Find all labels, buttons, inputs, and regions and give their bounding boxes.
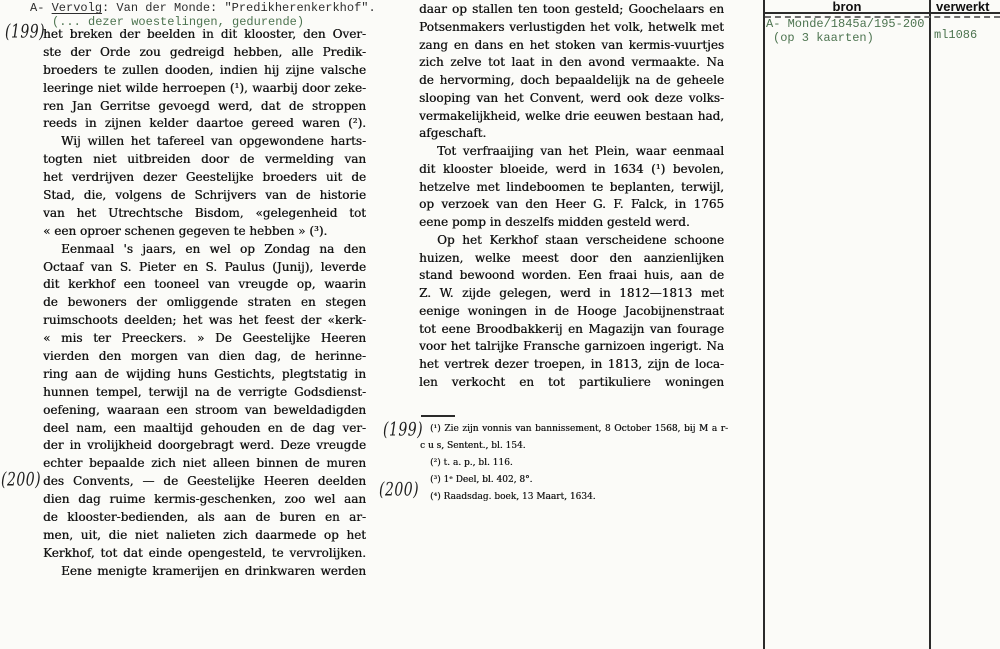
text-line: ruimschoots deelden; het was het feest d… [43,312,366,330]
text-line: oefening, waaraan een stroom van bewelda… [43,402,366,420]
text-line: des Convents, — de Geestelijke Heeren de… [43,473,366,491]
text-line: vermakelijkheid, welke drie eeuwen besta… [419,108,724,126]
text-line: huizen, welke meest door den aanzienlijk… [419,250,724,268]
text-line: c u s, Sentent., bl. 154. [420,438,728,455]
typed-header-prefix: A- [30,1,52,15]
footnotes-block: (¹) Zie zijn vonnis van bannissement, 8 … [420,421,728,506]
text-line: (²) t. a. p., bl. 116. [420,455,728,472]
text-line: de hervorming, doch bepaaldelijk na de g… [419,72,724,90]
typed-header-line: A- Vervolg: Van der Monde: "Predikherenk… [30,1,376,15]
margin-page-number-199-right: (199) [383,420,423,441]
text-line: (⁴) Raadsdag. boek, 13 Maart, 1634. [420,489,728,506]
text-line: deel nam, een maaltijd gehouden en de da… [43,420,366,438]
left-text-column: het breken der beelden in dit klooster, … [43,26,366,581]
text-line: Eenmaal 's jaars, en wel op Zondag na de… [43,241,366,259]
scanned-page: A- Vervolg: Van der Monde: "Predikherenk… [0,0,1000,649]
text-line: de bewoners der omliggende straten en st… [43,294,366,312]
text-line: men, uit, die niet nalieten zich daarmed… [43,527,366,545]
text-line: het vertrek dezer troepen, in 1813, zijn… [419,356,724,374]
typed-header-underlined-word: Vervolg [52,1,102,15]
text-line: broeders te zullen dooden, indien hij zi… [43,62,366,80]
text-line: « een oproer schenen gegeven te hebben »… [43,223,366,241]
text-line: Tot verfraaijing van het Plein, waar een… [419,143,724,161]
text-line: dien dag ruime kermis-geschenken, zoo we… [43,491,366,509]
text-line: dit kerkhof een tooneel van vreugde op, … [43,276,366,294]
margin-page-number-200-right: (200) [379,480,419,501]
text-line: eene pomp in deszelfs midden gesteld wer… [419,214,724,232]
bron-cell: A- Monde/1845a/195-200 (op 3 kaarten) [766,17,924,45]
text-line: hetzelve met lindeboomen te beplanten, t… [419,179,724,197]
table-column-divider [929,0,931,649]
text-line: het breken der beelden in dit klooster, … [43,26,366,44]
text-line: eenige woningen in de Hooge Jacobijnenst… [419,303,724,321]
text-line: zang en dans en het stoken van kermis-vu… [419,37,724,55]
text-line: ren Jan Gerritse gevoegd werd, dat de st… [43,98,366,116]
text-line: togten niet uitbreiden door de vermeldin… [43,151,366,169]
table-left-border [763,0,765,649]
text-line: Octaaf van S. Pieter en S. Paulus (Junij… [43,259,366,277]
table-header-verwerkt: verwerkt [936,0,989,14]
text-line: dit klooster bloeide, werd in 1634 (¹) b… [419,161,724,179]
text-line: ste der Orde zou gedreigd hebben, alle P… [43,44,366,62]
text-line: len verkocht en tot partikuliere woninge… [419,374,724,392]
text-line: Kerkhof, tot dat einde opengesteld, te v… [43,545,366,563]
text-line: Wij willen het tafereel van opgewondene … [43,133,366,151]
text-line: het verdrijven dezer Geestelijke broeder… [43,169,366,187]
text-line: Potsenmakers verlustigden het volk, hetw… [419,19,724,37]
typed-header-rest: : Van der Monde: "Predikherenkerkhof". [102,1,376,15]
text-line: hunnen tempel, terwijl na de verrigte Go… [43,384,366,402]
text-line: afgeschaft. [419,125,724,143]
footnote-separator-rule [421,415,455,417]
text-line: de klooster-bedienden, als aan de buren … [43,509,366,527]
text-line: stand bewoond worden. Een fraai huis, aa… [419,267,724,285]
text-line: Op het Kerkhof staan verscheidene schoon… [419,232,724,250]
bron-cell-line2: (op 3 kaarten) [766,31,924,45]
text-line: der in vrolijkheid doorgebragt werd. Dez… [43,437,366,455]
text-line: zich zelve tot laat in den avond vermaak… [419,54,724,72]
text-line: echter bepaalde zich niet alleen binnen … [43,455,366,473]
text-line: Eene menigte kramerijen en drinkwaren we… [43,563,366,581]
right-text-column: daar op stallen ten toon gesteld; Gooche… [419,1,724,392]
text-line: tot eene Broodbakkerij en Magazijn van f… [419,321,724,339]
verwerkt-cell: ml1086 [934,28,977,42]
text-line: leeringe niet wilde herroepen (¹), waarb… [43,80,366,98]
margin-page-number-200-left: (200) [1,470,41,491]
text-line: Stad, die, volgens de Schrijvers van de … [43,187,366,205]
text-line: (³) 1ᵉ Deel, bl. 402, 8°. [420,472,728,489]
text-line: ring aan de wijding huns Gestichts, pleg… [43,366,366,384]
text-line: van het Utrechtsche Bisdom, «gelegenheid… [43,205,366,223]
text-line: (¹) Zie zijn vonnis van bannissement, 8 … [420,421,728,438]
text-line: reeds in zijnen kelder daartoe gereed wa… [43,115,366,133]
margin-page-number-199-left: (199) [5,22,45,43]
text-line: « mis ter Preeckers. » De Geestelijke He… [43,330,366,348]
text-line: vierden den morgen van dien dag, de heri… [43,348,366,366]
text-line: daar op stallen ten toon gesteld; Gooche… [419,1,724,19]
table-header-bron: bron [765,0,929,14]
text-line: slooping van het Convent, werd ook deze … [419,90,724,108]
text-line: Z. W. zijde gelegen, werd in 1812—1813 m… [419,285,724,303]
text-line: op verzoek van den Heer G. F. Falck, in … [419,196,724,214]
text-line: voor het talrijke Fransche garnizoen ing… [419,338,724,356]
bron-cell-line1: A- Monde/1845a/195-200 [766,17,924,31]
